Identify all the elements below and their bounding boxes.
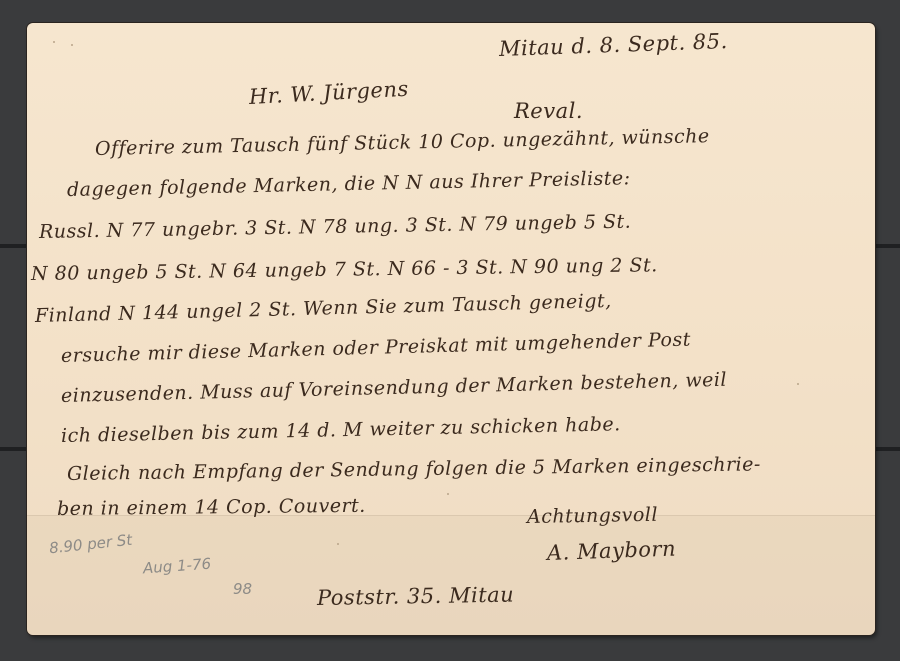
paper-speck xyxy=(53,41,55,43)
place-date: Mitau d. 8. Sept. 85. xyxy=(499,29,729,61)
body-line: ich dieselben bis zum 14 d. M weiter zu … xyxy=(61,413,621,447)
body-line: ben in einem 14 Cop. Couvert. xyxy=(57,495,366,520)
body-line: N 80 ungeb 5 St. N 64 ungeb 7 St. N 66 -… xyxy=(31,254,658,285)
recipient-name: Hr. W. Jürgens xyxy=(248,77,409,109)
body-line: Offerire zum Tausch fünf Stück 10 Cop. u… xyxy=(95,125,710,160)
body-line: dagegen folgende Marken, die N N aus Ihr… xyxy=(67,167,631,201)
paper-speck xyxy=(337,543,339,545)
paper-speck xyxy=(447,493,449,495)
body-line: ersuche mir diese Marken oder Preiskat m… xyxy=(61,329,691,367)
body-line: Gleich nach Empfang der Sendung folgen d… xyxy=(67,453,761,485)
closing-salutation: Achtungsvoll xyxy=(527,504,658,528)
body-line: Finland N 144 ungel 2 St. Wenn Sie zum T… xyxy=(35,290,612,327)
paper-speck xyxy=(797,383,799,385)
body-line: Russl. N 77 ungebr. 3 St. N 78 ung. 3 St… xyxy=(39,211,632,243)
recipient-city: Reval. xyxy=(514,99,583,123)
body-line: einzusenden. Muss auf Voreinsendung der … xyxy=(61,369,728,407)
postcard: Mitau d. 8. Sept. 85. Hr. W. Jürgens Rev… xyxy=(27,23,875,635)
signature: A. Mayborn xyxy=(547,537,677,565)
sender-address: Poststr. 35. Mitau xyxy=(317,583,515,610)
pencil-note-number: 98 xyxy=(233,580,252,598)
paper-speck xyxy=(71,44,73,46)
